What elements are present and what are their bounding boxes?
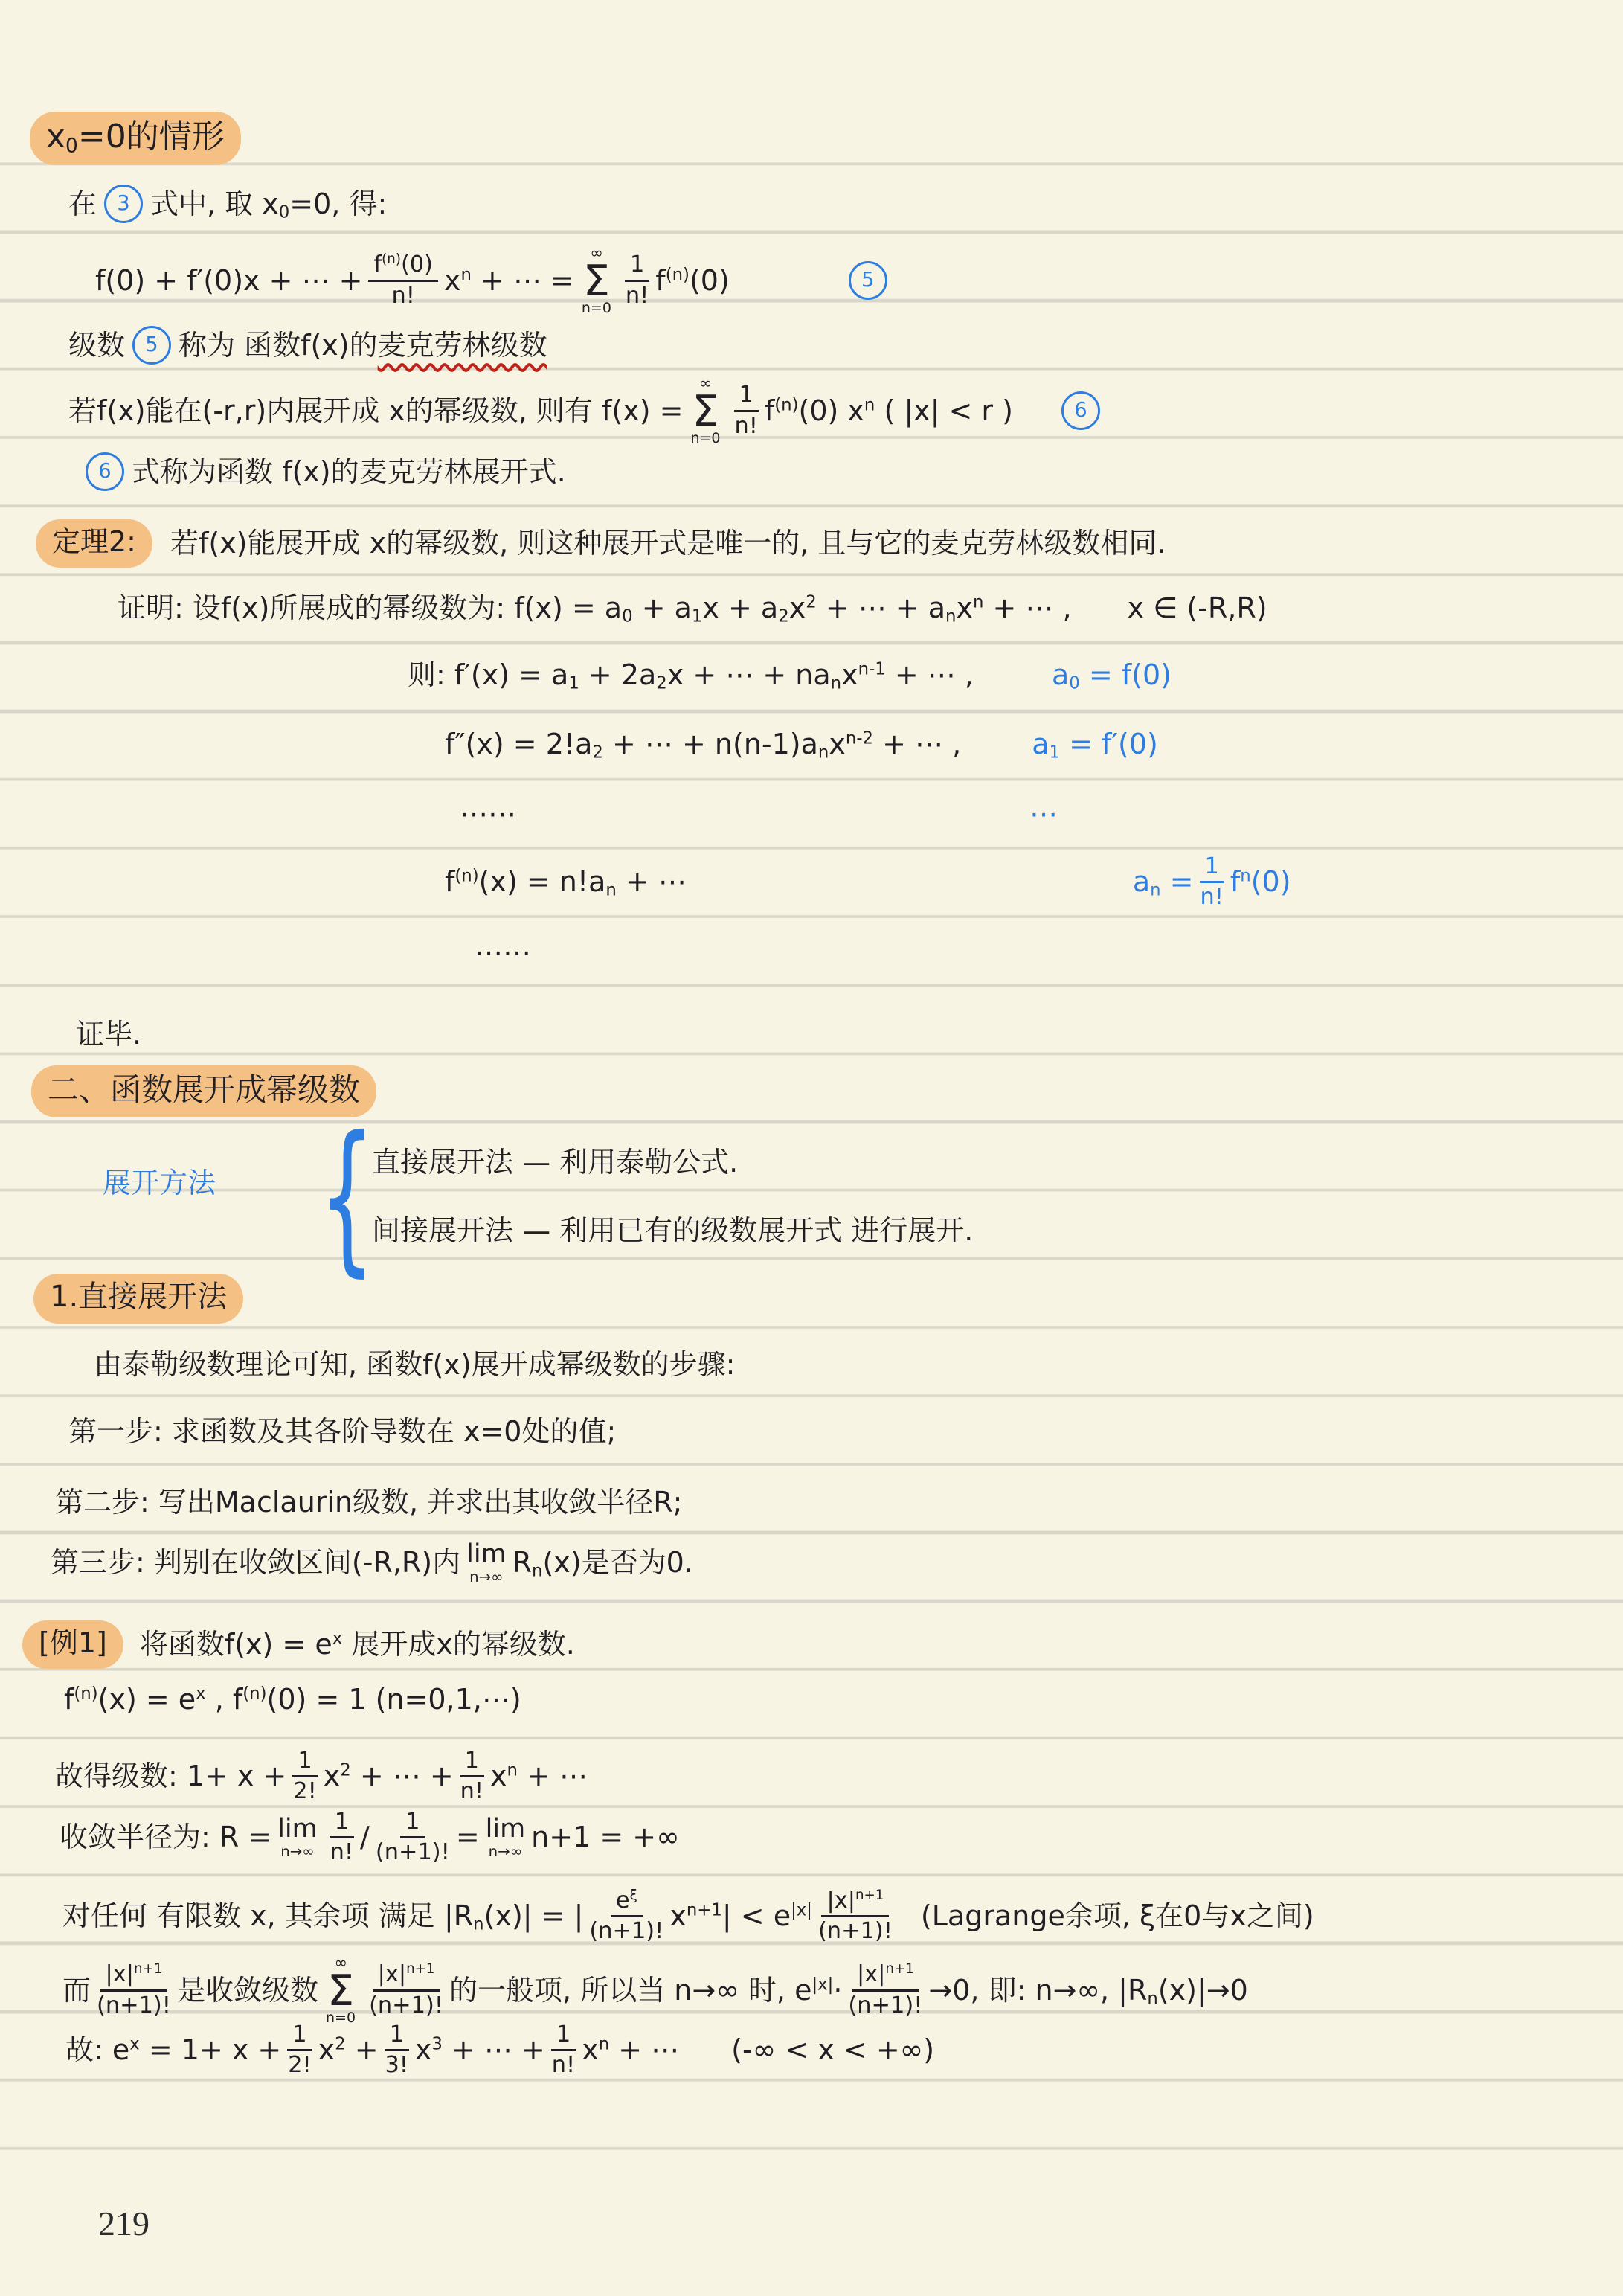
derivative-n: f(n)(x) = n!an + ⋯an = 1n! fn(0) [445,854,1291,910]
example-1-radius: 收敛半径为: R = limn→∞1n! ∕ 1(n+1)! = limn→∞ … [60,1809,680,1865]
text-seg: 故得级数: 1+ x + [55,1760,286,1793]
fraction-numerator: |x|n+1 [373,1962,440,1991]
sum-sig: Σ [692,391,719,432]
highlight-pill: x0=0的情形 [30,112,241,165]
text-seg: 是收敛级数 [177,1974,318,2007]
text-seg: x2 + [318,2033,379,2067]
text-seg: 的一般项, 所以当 n→∞ 时, e|x|· [449,1974,842,2007]
text-seg: (Lagrange余项, ξ在0与x之间) [921,1899,1314,1933]
text-seg: 称为 函数f(x)的 [179,329,378,362]
text-seg: = [456,1821,480,1854]
text-seg: 第三步: 判别在收敛区间(-R,R)内 [51,1546,460,1580]
fraction: 12! [287,2022,312,2078]
formula-5: f(0) + f′(0)x + ⋯ + f(n)(0)n! xn + ⋯ = ∞… [95,246,895,315]
text-seg: x3 + ⋯ + [415,2033,545,2067]
text-seg: 式称为函数 f(x)的麦克劳林展开式. [132,455,566,489]
fraction-denominator: n! [330,1838,353,1865]
spacer [679,2050,731,2050]
spacer [961,744,1032,745]
spacer [123,1644,140,1645]
spacer [974,675,1052,676]
fraction-denominator: (n+1)! [589,1917,663,1944]
lim-bot: n→∞ [280,1844,315,1859]
text-seg: ⋯⋯ [460,798,516,831]
fraction: 13! [385,2022,409,2078]
text-seg: xn + ⋯ [490,1760,588,1793]
text-seg: 式中, 取 x0=0, 得: [150,187,387,221]
fraction-denominator: (n+1)! [818,1917,893,1944]
step-3: 第三步: 判别在收敛区间(-R,R)内 limn→∞ Rn(x)是否为0. [51,1542,693,1585]
theorem-2: 定理2:若f(x)能展开成 x的幂级数, 则这种展开式是唯一的, 且与它的麦克劳… [36,519,1166,568]
example-1-series: 故得级数: 1+ x + 12! x2 + ⋯ + 1n! xn + ⋯ [55,1748,588,1804]
fraction: 1n! [734,382,759,438]
fraction-numerator: f(n)(0) [368,252,438,281]
fraction-denominator: 3! [385,2051,408,2078]
text-seg: x ∈ (-R,R) [1128,591,1267,625]
example-1: [例1]将函数f(x) = ex 展开成x的幂级数. [22,1620,575,1669]
fraction-numerator: 1 [460,1748,484,1777]
fraction: eξ(n+1)! [589,1888,663,1944]
text-seg: 在 [68,187,97,221]
fraction-numerator: 1 [385,2022,409,2051]
spacer [730,280,841,281]
brace: { [318,1115,376,1278]
fraction-denominator: (n+1)! [376,1838,450,1865]
text-seg: (-∞ < x < +∞) [731,2033,934,2067]
sum-bot: n=0 [582,301,611,315]
fraction: 1(n+1)! [376,1809,450,1865]
fraction-numerator: 1 [292,1748,317,1777]
step-2: 第二步: 写出Maclaurin级数, 并求出其收敛半径R; [55,1486,682,1519]
fraction: 12! [292,1748,317,1804]
spacer [1072,608,1128,609]
spacer [899,1916,921,1917]
formula-6: 若f(x)能在(-r,r)内展开成 x的幂级数, 则有 f(x) = ∞Σn=0… [68,376,1108,446]
example-1-limit: 而 |x|n+1(n+1)! 是收敛级数 ∞Σn=0|x|n+1(n+1)! 的… [62,1955,1248,2025]
text-seg: 证毕. [76,1018,141,1051]
text-seg: 间接展开法 — 利用已有的级数展开式 进行展开. [372,1214,973,1248]
fraction: 1n! [330,1809,354,1865]
text-seg: xn + ⋯ [582,2033,679,2067]
fraction-numerator: eξ [611,1888,643,1917]
spacer [687,882,1133,882]
highlight-pill: 定理2: [36,519,152,568]
text-seg: f(n)(0) [655,264,729,298]
example-1-result: 故: ex = 1+ x + 12! x2 + 13! x3 + ⋯ + 1n!… [65,2022,934,2078]
highlight-pill: [例1] [22,1620,123,1669]
fraction: |x|n+1(n+1)! [97,1962,171,2018]
fraction-numerator: 1 [625,252,649,281]
derivative-1: 则: f′(x) = a1 + 2a2x + ⋯ + nanxn-1 + ⋯ ,… [408,658,1172,692]
page-number: 219 [98,2204,150,2243]
fraction-numerator: |x|n+1 [100,1962,168,1991]
text-seg: 收敛半径为: R = [60,1821,271,1854]
notebook-page: x0=0的情形在3式中, 取 x0=0, 得:f(0) + f′(0)x + ⋯… [0,0,1623,2296]
text-seg: Rn(x)是否为0. [512,1546,693,1580]
text-seg: 第二步: 写出Maclaurin级数, 并求出其收敛半径R; [55,1486,682,1519]
fraction-denominator: (n+1)! [848,1992,922,2018]
lim-top: lim [466,1542,506,1568]
text-seg: →0, 即: n→∞, |Rn(x)|→0 [928,1974,1247,2007]
text-seg: 将函数f(x) = ex 展开成x的幂级数. [140,1628,575,1661]
text-seg: 对任何 有限数 x, 其余项 满足 |Rn(x)| = | [62,1899,583,1933]
sum-operator: ∞Σn=0 [690,376,720,446]
fraction-denominator: (n+1)! [369,1992,443,2018]
wavy-underline-text: 麦克劳林级数 [378,329,547,362]
fraction: |x|n+1(n+1)! [369,1962,443,2018]
fraction-numerator: 1 [1200,854,1224,883]
sum-operator: ∞Σn=0 [326,1955,356,2025]
text-seg: 由泰勒级数理论可知, 函数f(x)展开成幂级数的步骤: [94,1348,735,1382]
example-1-remainder: 对任何 有限数 x, 其余项 满足 |Rn(x)| = |eξ(n+1)! xn… [62,1888,1314,1944]
fraction-denominator: n! [460,1777,483,1804]
text-seg: 而 [62,1974,91,2007]
expand-method-brace: { [318,1115,422,1278]
proof-end: 证毕. [76,1018,141,1051]
taylor-theory-note: 由泰勒级数理论可知, 函数f(x)展开成幂级数的步骤: [94,1348,735,1382]
direct-method-item: 直接展开法 — 利用泰勒公式. [372,1146,738,1179]
text-seg: ⋯⋯ [475,936,531,969]
ellipsis-1: ⋯⋯⋯ [460,798,1058,831]
fraction-numerator: |x|n+1 [821,1888,889,1917]
fraction-denominator: 2! [293,1777,317,1804]
expand-method-label: 展开方法 [103,1167,216,1200]
text-seg: f″(x) = 2!a2 + ⋯ + n(n-1)anxn-2 + ⋯ , [445,728,961,761]
text-seg: xn+1| < e|x| [669,1899,812,1933]
text-seg: f(0) + f′(0)x + ⋯ + [95,264,362,298]
example-1-derivatives: f(n)(x) = ex , f(n)(0) = 1 (n=0,1,⋯) [64,1683,521,1716]
text-seg: ⋯ [1029,798,1058,831]
text-seg: 第一步: 求函数及其各阶导数在 x=0处的值; [68,1415,616,1449]
circled-number: 6 [1061,391,1100,430]
fraction-numerator: 1 [400,1809,425,1838]
spacer [1013,411,1054,411]
fraction-numerator: 1 [330,1809,354,1838]
limit-operator: limn→∞ [277,1816,317,1859]
maclaurin-series-name: 级数5 称为 函数f(x)的 麦克劳林级数 [68,326,547,365]
step-1: 第一步: 求函数及其各阶导数在 x=0处的值; [68,1415,616,1449]
indirect-method-item: 间接展开法 — 利用已有的级数展开式 进行展开. [372,1214,973,1248]
fraction-denominator: n! [626,282,649,309]
text-seg: f(n)(x) = n!an + ⋯ [445,865,687,899]
subsection-1-heading: 1.直接展开法 [33,1274,243,1324]
fraction-denominator: n! [552,2051,575,2078]
fraction-numerator: |x|n+1 [852,1962,919,1991]
text-seg: 证明: 设f(x)所展成的幂级数为: f(x) = a0 + a1x + a2x… [118,591,1072,625]
lim-bot: n→∞ [469,1570,504,1585]
text-seg: 级数 [68,329,125,362]
sum-sig: Σ [583,261,610,301]
fraction-numerator: 1 [734,382,759,411]
spacer [152,543,170,544]
text-seg: a1 = f′(0) [1032,728,1158,761]
formula-6-note: 6 式称为函数 f(x)的麦克劳林展开式. [78,452,566,491]
fraction: |x|n+1(n+1)! [818,1888,893,1944]
fraction-numerator: 1 [551,2022,576,2051]
fraction: f(n)(0)n! [368,252,438,308]
limit-operator: limn→∞ [466,1542,506,1585]
circled-number: 5 [132,326,171,365]
text-seg: f(n)(0) xn ( |x| < r ) [765,394,1013,428]
fraction: |x|n+1(n+1)! [848,1962,922,2018]
text-seg: 则: f′(x) = a1 + 2a2x + ⋯ + nanxn-1 + ⋯ , [408,658,974,692]
fraction-denominator: n! [734,412,757,439]
sum-bot: n=0 [690,432,720,446]
fraction-denominator: 2! [288,2051,312,2078]
fraction-denominator: (n+1)! [97,1992,171,2018]
proof-setup: 证明: 设f(x)所展成的幂级数为: f(x) = a0 + a1x + a2x… [118,591,1267,625]
text-seg: f(n)(x) = ex , f(n)(0) = 1 (n=0,1,⋯) [64,1683,521,1716]
lim-top: lim [486,1816,525,1842]
text-seg: 展开方法 [103,1167,216,1200]
sum-operator: ∞Σn=0 [582,246,611,315]
text-seg: fn(0) [1230,865,1291,899]
lim-bot: n→∞ [489,1844,523,1859]
heading-x0-case: x0=0的情形 [30,112,241,165]
circled-number: 5 [849,261,887,300]
sum-sig: Σ [327,1971,354,2011]
text-seg: 若f(x)能展开成 x的幂级数, 则这种展开式是唯一的, 且与它的麦克劳林级数相… [170,527,1166,560]
fraction: 1n! [625,252,649,308]
text-seg: 直接展开法 — 利用泰勒公式. [372,1146,738,1179]
fraction-numerator: 1 [287,2022,312,2051]
text-seg: an = [1133,865,1194,899]
text-seg: xn + ⋯ = [444,264,574,298]
fraction-denominator: n! [1200,883,1223,910]
intro-line: 在3式中, 取 x0=0, 得: [68,185,387,223]
derivative-2: f″(x) = 2!a2 + ⋯ + n(n-1)anxn-2 + ⋯ ,a1 … [445,728,1158,761]
text-seg: x2 + ⋯ + [324,1760,454,1793]
text-seg: ∕ [360,1821,370,1854]
circled-number: 3 [104,185,143,223]
text-seg: 故: ex = 1+ x + [65,2033,281,2067]
fraction-denominator: n! [392,282,415,309]
lim-top: lim [277,1816,317,1842]
text-seg: n+1 = +∞ [531,1821,680,1854]
spacer [516,814,1029,815]
fraction: 1n! [460,1748,484,1804]
text-seg: a0 = f(0) [1052,658,1172,692]
limit-operator: limn→∞ [486,1816,525,1859]
text-seg: 若f(x)能在(-r,r)内展开成 x的幂级数, 则有 f(x) = [68,394,683,428]
fraction: 1n! [1200,854,1224,910]
fraction: 1n! [551,2022,576,2078]
ellipsis-2: ⋯⋯ [475,936,531,969]
circled-number: 6 [86,452,124,491]
highlight-pill: 1.直接展开法 [33,1274,243,1324]
